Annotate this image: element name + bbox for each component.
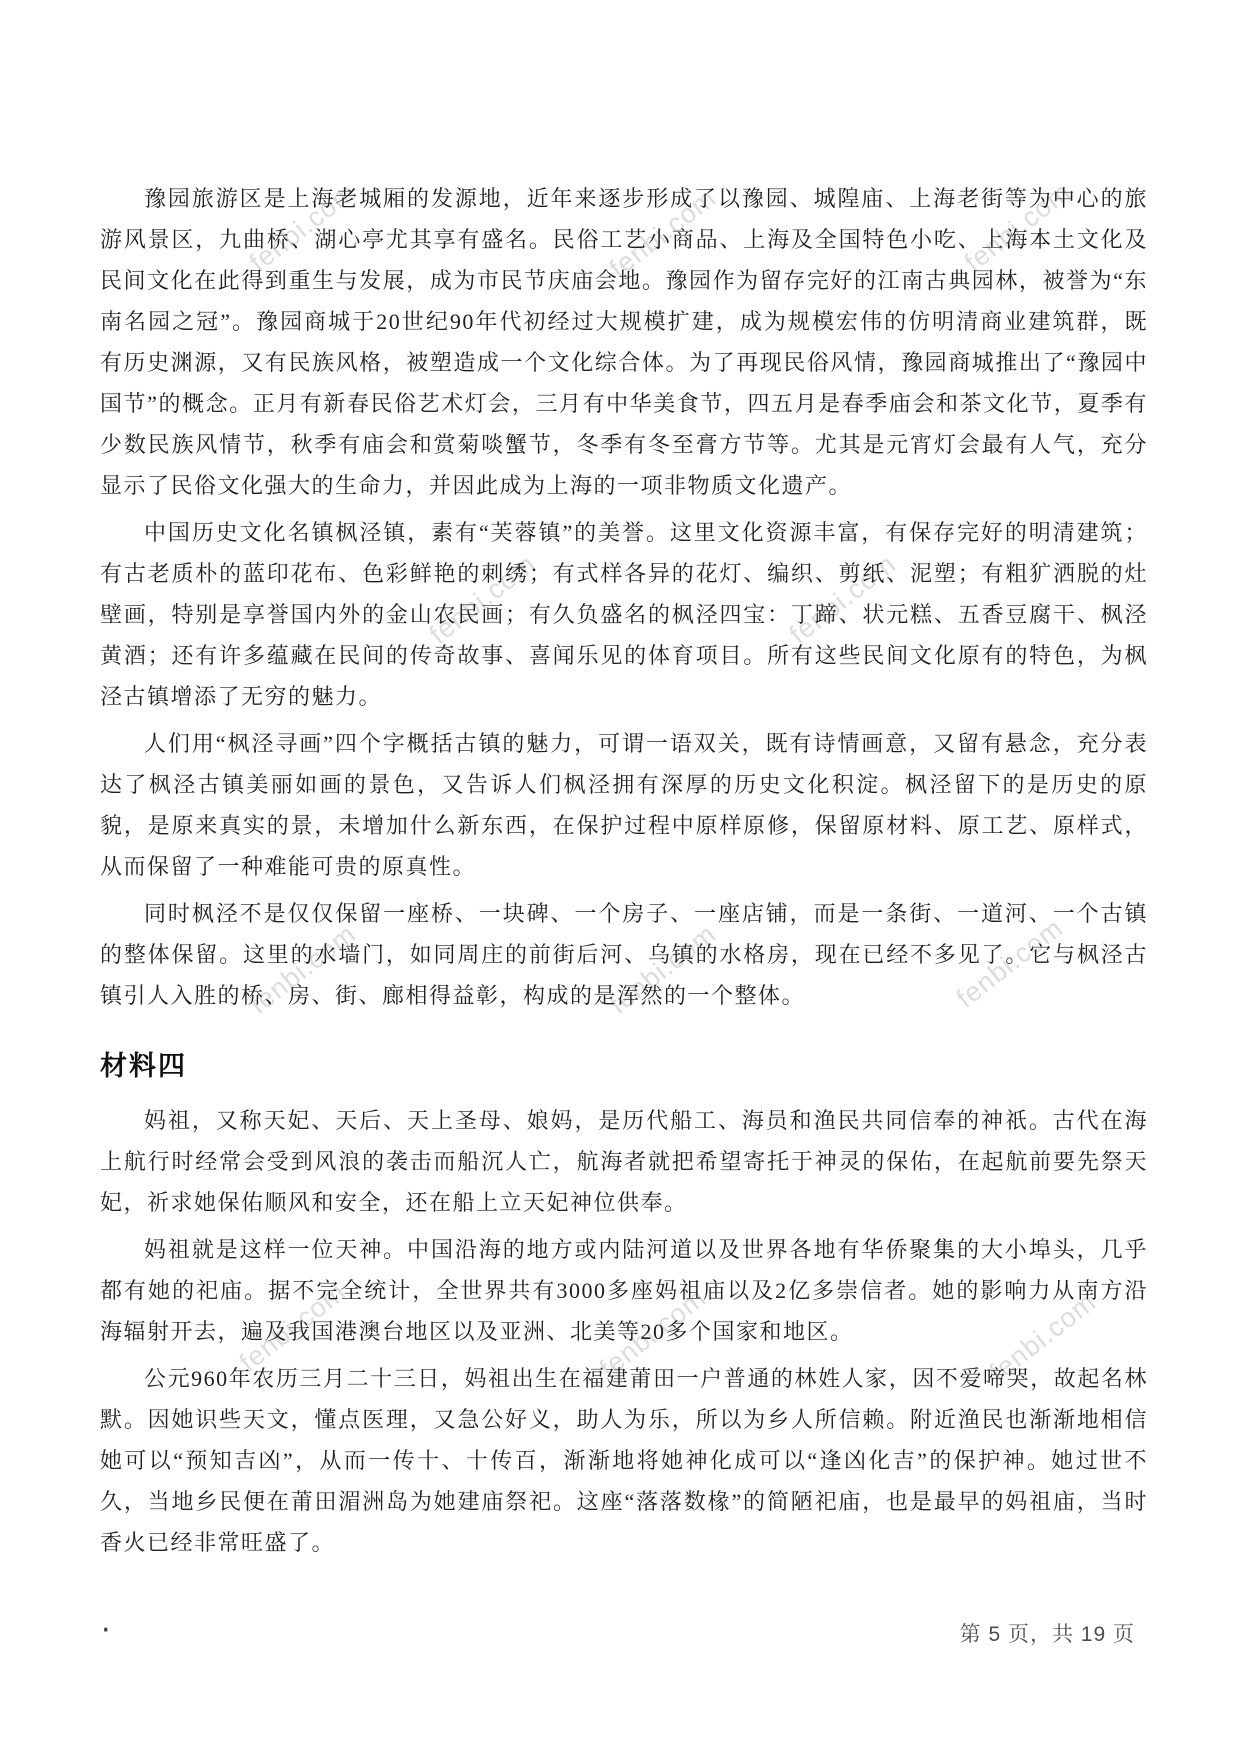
paragraph-mazu-intro: 妈祖，又称天妃、天后、天上圣母、娘妈，是历代船工、海员和渔民共同信奉的神祇。古代… [100, 1100, 1148, 1223]
paragraph-fengjing-intro: 中国历史文化名镇枫泾镇，素有“芙蓉镇”的美誉。这里文化资源丰富，有保存完好的明清… [100, 512, 1148, 717]
page-number-indicator: 第 5 页，共 19 页 [960, 1618, 1135, 1648]
paragraph-mazu-birth: 公元960年农历三月二十三日，妈祖出生在福建莆田一户普通的林姓人家，因不爱啼哭，… [100, 1358, 1148, 1563]
paragraph-fengjing-whole: 同时枫泾不是仅仅保留一座桥、一块碑、一个房子、一座店铺，而是一条街、一道河、一个… [100, 893, 1148, 1016]
paragraph-mazu-temples: 妈祖就是这样一位天神。中国沿海的地方或内陆河道以及世界各地有华侨聚集的大小埠头，… [100, 1229, 1148, 1352]
section-heading-material4: 材料四 [100, 1046, 1148, 1086]
document-body: 豫园旅游区是上海老城厢的发源地，近年来逐步形成了以豫园、城隍庙、上海老街等为中心… [100, 178, 1148, 1563]
paragraph-yuyuan: 豫园旅游区是上海老城厢的发源地，近年来逐步形成了以豫园、城隍庙、上海老街等为中心… [100, 178, 1148, 506]
paragraph-fengjing-xunhua: 人们用“枫泾寻画”四个字概括古镇的魅力，可谓一语双关，既有诗情画意，又留有悬念，… [100, 723, 1148, 887]
stray-dot: · [101, 1614, 111, 1648]
